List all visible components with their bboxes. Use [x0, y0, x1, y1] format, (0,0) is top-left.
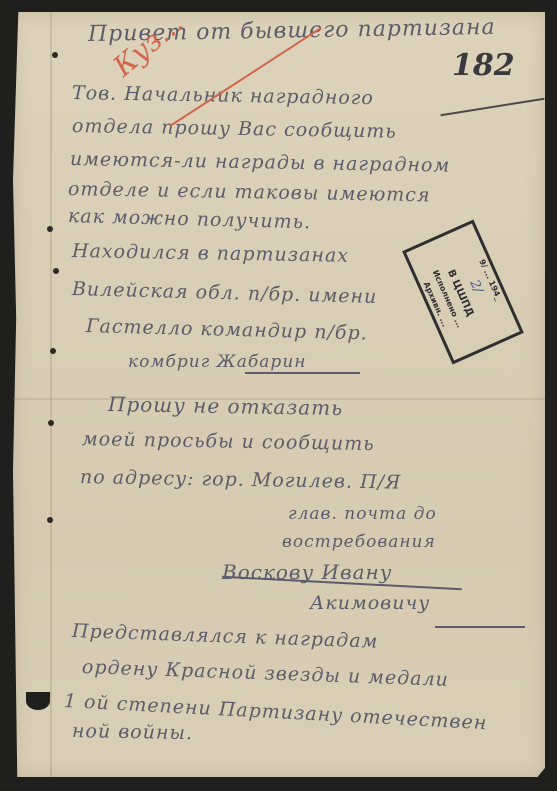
- fold-line-vertical: [50, 12, 52, 777]
- binding-hole: [53, 268, 59, 274]
- name-underline: [245, 372, 360, 374]
- stamp-handwritten: 2/: [466, 277, 485, 295]
- binding-hole: [47, 517, 53, 523]
- recipient-patronymic: Акимовичу: [310, 592, 430, 614]
- letter-line: ной войны.: [72, 720, 193, 744]
- binding-hole: [47, 226, 53, 232]
- letter-line-commander: комбриг Жабарин: [128, 352, 306, 372]
- letter-line: Прошу не отказать: [108, 392, 344, 420]
- letter-line-address: востребования: [282, 532, 436, 552]
- binding-hole: [52, 52, 58, 58]
- paper-tear: [26, 692, 50, 710]
- letter-line-address: глав. почта до: [288, 504, 437, 524]
- binding-hole: [48, 420, 54, 426]
- folio-number: 182: [452, 48, 515, 83]
- binding-hole: [50, 348, 56, 354]
- signature-underline: [435, 626, 525, 628]
